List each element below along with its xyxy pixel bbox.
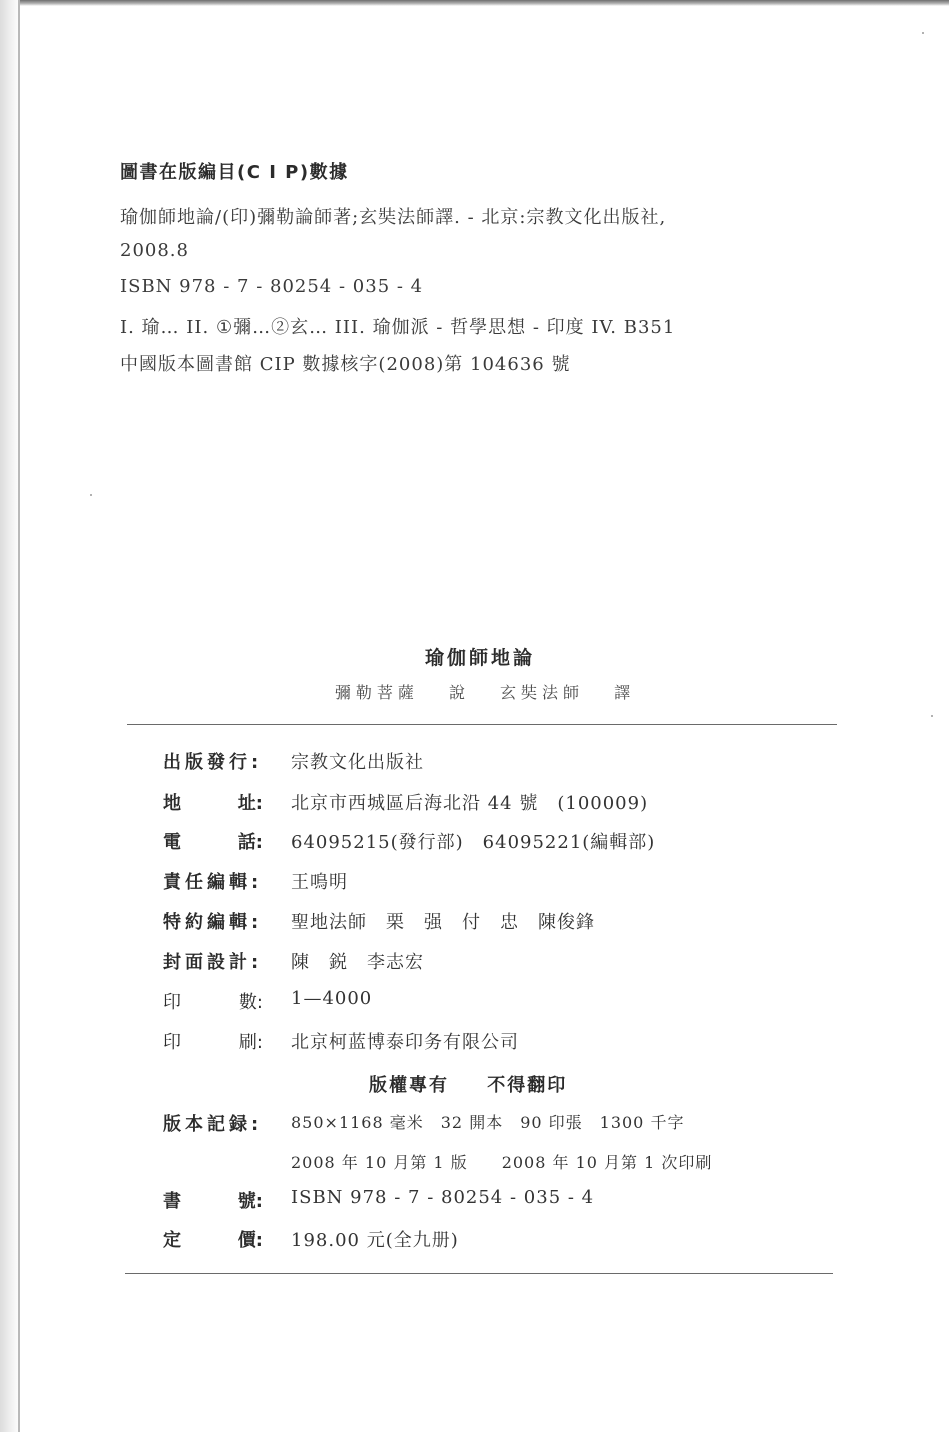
book-spine-shadow <box>18 0 20 1432</box>
responsible-editor-label: 責任編輯: <box>163 868 262 894</box>
phone-value: 64095215(發行部) 64095221(編輯部) <box>291 828 655 854</box>
responsible-editor-value: 王鳴明 <box>291 868 348 894</box>
isbn-value: ISBN 978 - 7 - 80254 - 035 - 4 <box>291 1187 594 1208</box>
print-run-value: 1—4000 <box>291 988 372 1009</box>
label-char: 電 <box>163 828 181 854</box>
label-char: 號: <box>238 1187 263 1213</box>
label-char: 定 <box>163 1226 181 1252</box>
publisher-value: 宗教文化出版社 <box>291 748 424 774</box>
cip-classification-line: I. 瑜… II. ①彌…②玄… III. 瑜伽派 - 哲學思想 - 印度 IV… <box>120 313 675 339</box>
publisher-label: 出版發行: <box>163 748 262 774</box>
price-label: 定 價: <box>163 1226 263 1252</box>
cip-record-number-line: 中國版本圖書館 CIP 數據核字(2008)第 104636 號 <box>120 350 570 376</box>
cover-design-value: 陳 鋭 李志宏 <box>291 948 424 974</box>
cip-line: 瑜伽師地論/(印)彌勒論師著;玄奘法師譯. - 北京:宗教文化出版社, <box>120 203 666 229</box>
cip-isbn-line: ISBN 978 - 7 - 80254 - 035 - 4 <box>120 276 423 297</box>
scan-speck <box>931 715 933 717</box>
price-value: 198.00 元(全九册) <box>291 1226 459 1252</box>
cip-line: 2008.8 <box>120 240 189 261</box>
label-char: 印 <box>163 988 181 1014</box>
label-char: 書 <box>163 1187 181 1213</box>
scan-speck <box>90 494 92 496</box>
scan-speck <box>922 32 924 34</box>
phone-label: 電 話: <box>163 828 263 854</box>
label-char: 印 <box>163 1028 181 1054</box>
divider-top <box>127 724 837 725</box>
printer-label: 印 刷: <box>163 1028 263 1054</box>
cover-design-label: 封面設計: <box>163 948 262 974</box>
address-label: 地 址: <box>163 789 263 815</box>
edition-date-value: 2008 年 10 月第 1 版 2008 年 10 月第 1 次印刷 <box>291 1150 712 1173</box>
scan-top-edge <box>0 0 949 6</box>
cip-heading: 圖書在版編目(C I P)數據 <box>120 158 349 184</box>
book-title: 瑜伽師地論 <box>0 643 949 670</box>
edition-label: 版本記録: <box>163 1110 262 1136</box>
label-char: 地 <box>163 789 181 815</box>
edition-format-value: 850×1168 毫米 32 開本 90 印張 1300 千字 <box>291 1110 684 1133</box>
print-run-label: 印 數: <box>163 988 263 1014</box>
special-editor-value: 聖地法師 栗 强 付 忠 陳俊鋒 <box>291 908 595 934</box>
scan-left-edge <box>0 0 20 1432</box>
book-authors: 彌勒菩薩 說 玄奘法師 譯 <box>0 680 949 703</box>
label-char: 址: <box>238 789 263 815</box>
label-char: 數: <box>239 988 263 1014</box>
label-char: 價: <box>238 1226 263 1252</box>
label-char: 刷: <box>239 1028 263 1054</box>
label-char: 話: <box>238 828 263 854</box>
special-editor-label: 特約編輯: <box>163 908 262 934</box>
divider-bottom <box>125 1273 833 1274</box>
printer-value: 北京柯蓝博泰印务有限公司 <box>291 1028 519 1054</box>
rights-notice: 版權專有 不得翻印 <box>369 1071 567 1097</box>
address-value: 北京市西城區后海北沿 44 號 (100009) <box>291 789 648 815</box>
isbn-label: 書 號: <box>163 1187 263 1213</box>
